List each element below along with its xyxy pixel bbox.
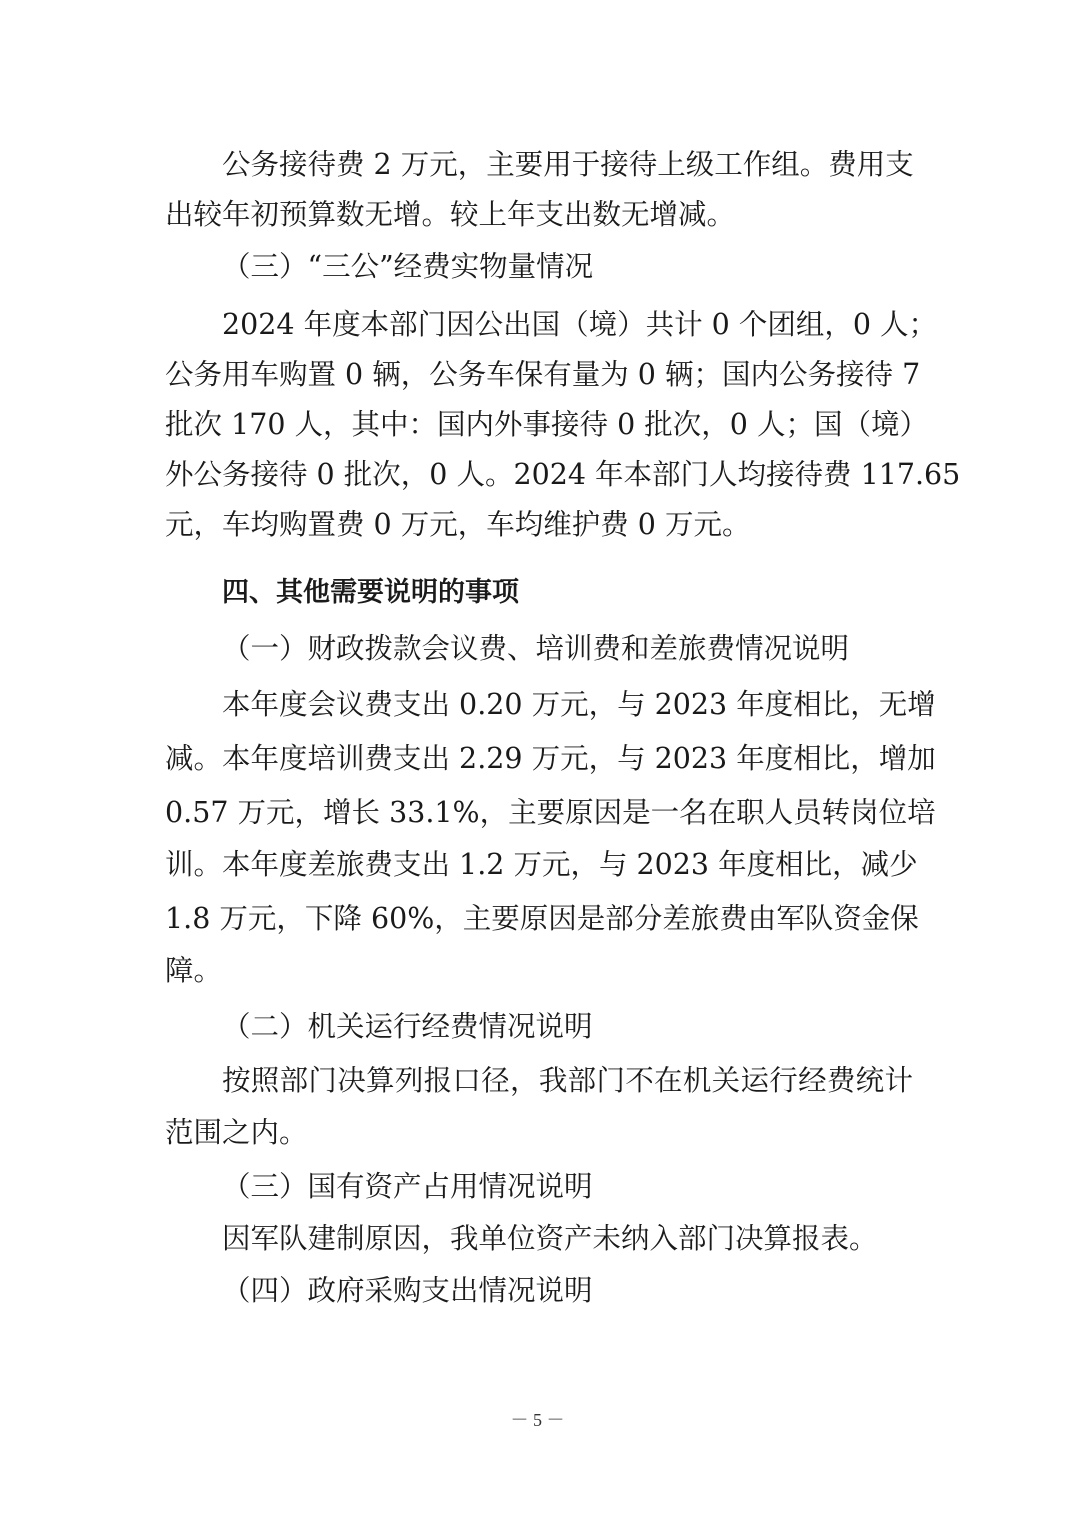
text-line: 2024 年度本部门因公出国（境）共计 0 个团组，0 人； <box>165 300 913 350</box>
text-line: 元，车均购置费 0 万元，车均维护费 0 万元。 <box>165 500 913 550</box>
text-line: 范围之内。 <box>165 1108 913 1158</box>
text-line: 1.8 万元，下降 60%，主要原因是部分差旅费由军队资金保 <box>165 894 913 944</box>
text-line: 按照部门决算列报口径，我部门不在机关运行经费统计 <box>165 1056 913 1106</box>
text-line: 障。 <box>165 946 913 996</box>
section-subheading: （四）政府采购支出情况说明 <box>165 1266 913 1316</box>
text-line: 本年度会议费支出 0.20 万元，与 2023 年度相比，无增 <box>165 680 913 730</box>
text-line: 公务接待费 2 万元，主要用于接待上级工作组。费用支 <box>165 140 913 190</box>
text-line: 减。本年度培训费支出 2.29 万元，与 2023 年度相比，增加 <box>165 734 913 784</box>
text-line: 批次 170 人，其中：国内外事接待 0 批次，0 人；国（境） <box>165 400 913 450</box>
section-subheading: （三）“三公”经费实物量情况 <box>165 242 913 292</box>
text-line: 公务用车购置 0 辆，公务车保有量为 0 辆；国内公务接待 7 <box>165 350 913 400</box>
text-line: 0.57 万元，增长 33.1%，主要原因是一名在职人员转岗位培 <box>165 788 913 838</box>
text-line: 出较年初预算数无增。较上年支出数无增减。 <box>165 190 913 240</box>
section-subheading: （三）国有资产占用情况说明 <box>165 1162 913 1212</box>
text-line: 训。本年度差旅费支出 1.2 万元，与 2023 年度相比，减少 <box>165 840 913 890</box>
section-subheading: （一）财政拨款会议费、培训费和差旅费情况说明 <box>165 624 913 674</box>
text-line: 外公务接待 0 批次，0 人。2024 年本部门人均接待费 117.65 <box>165 450 913 500</box>
page-number: － 5 － <box>0 1406 1075 1432</box>
section-subheading: （二）机关运行经费情况说明 <box>165 1002 913 1052</box>
section-heading: 四、其他需要说明的事项 <box>165 568 913 618</box>
text-line: 因军队建制原因，我单位资产未纳入部门决算报表。 <box>165 1214 913 1264</box>
